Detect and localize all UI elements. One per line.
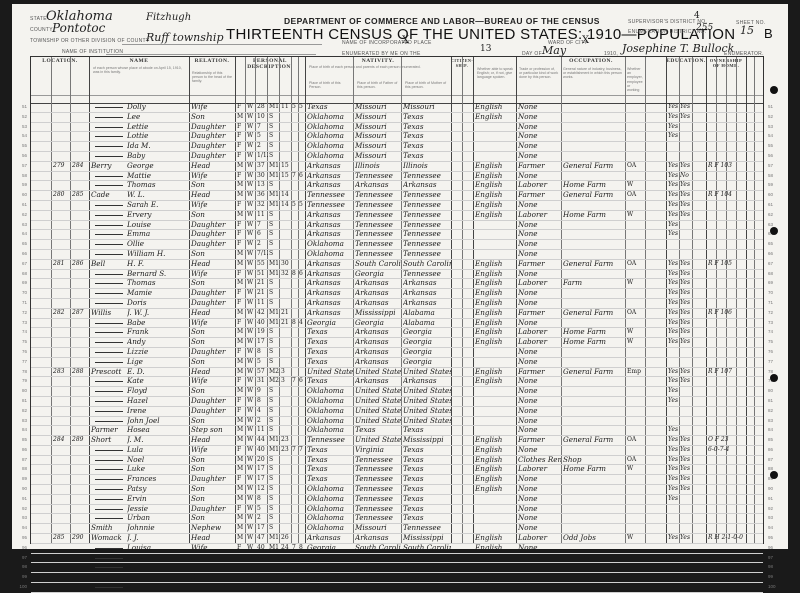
cell-yrs: 24 xyxy=(281,543,291,549)
cell-given: Frank xyxy=(127,327,187,336)
cell-mpob: Texas xyxy=(403,464,451,473)
cell-age: 57 xyxy=(257,367,268,376)
cell-edu: Yes Yes xyxy=(668,327,706,336)
cell-sex: M xyxy=(237,416,245,425)
cell-race: W xyxy=(247,484,255,493)
line-number: 93 xyxy=(13,515,27,520)
cell-edu: Yes Yes xyxy=(668,288,706,297)
cell-mpob: Tennessee xyxy=(403,210,451,219)
cell-edu: Yes Yes xyxy=(668,445,706,454)
cell-pob: Texas xyxy=(307,445,353,454)
surname-ditto-dash xyxy=(95,283,123,284)
cell-ms: S xyxy=(269,229,280,238)
cell-ms: S xyxy=(269,357,280,366)
cell-occ: None xyxy=(518,200,561,209)
cell-pob: Texas xyxy=(307,347,353,356)
cell-sex: M xyxy=(237,484,245,493)
line-number-right: 62 xyxy=(768,212,782,217)
cell-given: J. W. J. xyxy=(127,308,187,317)
cell-ind: Home Farm xyxy=(563,180,625,189)
cell-cls: W xyxy=(627,278,645,287)
cell-fpob: United States xyxy=(355,367,401,376)
cell-sex: M xyxy=(237,435,245,444)
surname-ditto-dash xyxy=(95,185,123,186)
incorporated-place-value: X xyxy=(402,35,409,46)
cell-edu: Yes xyxy=(668,122,706,131)
cell-rel: Son xyxy=(191,337,235,346)
cell-race: W xyxy=(247,278,255,287)
cell-fpob: Arkansas xyxy=(355,327,401,336)
cell-ms: S xyxy=(269,220,280,229)
surname-ditto-dash xyxy=(95,117,123,118)
cell-rel: Son xyxy=(191,180,235,189)
cell-lang: English xyxy=(475,474,516,483)
surname-ditto-dash xyxy=(95,479,123,480)
line-number-right: 91 xyxy=(768,496,782,501)
cell-ms: M1 xyxy=(269,259,280,268)
cell-own: R F 103 xyxy=(708,161,760,170)
cell-mpob: Texas xyxy=(403,474,451,483)
line-number: 89 xyxy=(13,476,27,481)
enumerator-name: Josephine T. Bullock xyxy=(622,42,734,55)
cell-chl: 6 xyxy=(299,171,305,180)
line-number: 64 xyxy=(13,231,27,236)
occupation-industry-description: General nature of industry, business, or… xyxy=(563,67,623,89)
cell-occ: None xyxy=(518,298,561,307)
line-number: 69 xyxy=(13,280,27,285)
cell-cls: OA xyxy=(627,259,645,268)
cell-sex: M xyxy=(237,259,245,268)
cell-cls: W xyxy=(627,533,645,542)
cell-occ: Laborer xyxy=(518,180,561,189)
line-number-right: 66 xyxy=(768,251,782,256)
cell-surname: Smith xyxy=(91,523,125,532)
cell-rel: Daughter xyxy=(191,396,235,405)
cell-rel: Daughter xyxy=(191,504,235,513)
cell-fam: 285 xyxy=(72,190,88,199)
cell-edu: Yes Yes xyxy=(668,464,706,473)
cell-ms: S xyxy=(269,298,280,307)
cell-mpob: South Carolina xyxy=(403,259,451,268)
cell-yrs: 30 xyxy=(281,259,291,268)
cell-fpob: Arkansas xyxy=(355,347,401,356)
cell-occ: None xyxy=(518,229,561,238)
cell-age: 11 xyxy=(257,210,268,219)
cell-given: Mamie xyxy=(127,288,187,297)
cell-edu: Yes xyxy=(668,131,706,140)
state-label: STATE xyxy=(30,16,47,22)
cell-mpob: Texas xyxy=(403,484,451,493)
cell-race: W xyxy=(247,386,255,395)
cell-ms: M1 xyxy=(269,533,280,542)
cell-sex: M xyxy=(237,357,245,366)
cell-yrs: 23 xyxy=(281,445,291,454)
township-value: Ruff township xyxy=(146,31,224,44)
cell-pob: Oklahoma xyxy=(307,406,353,415)
cell-ms: M1 xyxy=(269,161,280,170)
cell-dw: 283 xyxy=(53,367,69,376)
cell-occ: None xyxy=(518,425,561,434)
cell-rel: Daughter xyxy=(191,141,235,150)
cell-race: W xyxy=(247,445,255,454)
cell-given: Andy xyxy=(127,337,187,346)
cell-lang: English xyxy=(475,298,516,307)
cell-rel: Son xyxy=(191,249,235,258)
cell-fpob: Tennessee xyxy=(355,190,401,199)
incorporated-place-label: NAME OF INCORPORATED PLACE xyxy=(342,40,432,46)
cell-ind: Home Farm xyxy=(563,210,625,219)
cell-sex: F xyxy=(237,200,245,209)
cell-given: Ida M. xyxy=(127,141,187,150)
cell-fpob: Missouri xyxy=(355,523,401,532)
cell-mpob: Alabama xyxy=(403,308,451,317)
cell-occ: Farmer xyxy=(518,190,561,199)
relation-description: Relationship of this person to the head … xyxy=(192,71,232,89)
line-number: 60 xyxy=(13,192,27,197)
cell-given: Thomas xyxy=(127,180,187,189)
line-number: 57 xyxy=(13,163,27,168)
cell-fpob: Missouri xyxy=(355,131,401,140)
cell-sex: M xyxy=(237,337,245,346)
cell-race: W xyxy=(247,406,255,415)
cell-ind: Farm xyxy=(563,278,625,287)
line-number-right: 52 xyxy=(768,114,782,119)
surname-ditto-dash xyxy=(95,342,123,343)
cell-pob: Oklahoma xyxy=(307,112,353,121)
cell-mpob: Alabama xyxy=(403,318,451,327)
cell-ms: S xyxy=(269,347,280,356)
line-number-right: 57 xyxy=(768,163,782,168)
cell-yrs: 3 xyxy=(281,367,291,376)
cell-race: W xyxy=(247,171,255,180)
line-number: 90 xyxy=(13,486,27,491)
cell-given: Lettie xyxy=(127,122,187,131)
line-number: 77 xyxy=(13,359,27,364)
cell-ms: S xyxy=(269,455,280,464)
cell-pob: Oklahoma xyxy=(307,239,353,248)
cell-race: W xyxy=(247,220,255,229)
surname-ditto-dash xyxy=(95,421,123,422)
cell-surname: Bell xyxy=(91,259,125,268)
cell-occ: None xyxy=(518,386,561,395)
cell-yrs: 3 xyxy=(281,376,291,385)
cell-race: W xyxy=(247,161,255,170)
line-number-right: 72 xyxy=(768,310,782,315)
cell-occ: Farmer xyxy=(518,308,561,317)
cell-sex: F xyxy=(237,474,245,483)
cell-ms: S xyxy=(269,504,280,513)
cell-fam: 288 xyxy=(72,367,88,376)
cell-edu: Yes xyxy=(668,229,706,238)
cell-fpob: Arkansas xyxy=(355,278,401,287)
surname-ditto-dash xyxy=(95,176,123,177)
cell-lang: English xyxy=(475,543,516,549)
cell-age: 36 xyxy=(257,190,268,199)
cell-mpob: Illinois xyxy=(403,161,451,170)
cell-given: Louisa xyxy=(127,543,187,549)
surname-ditto-dash xyxy=(95,254,123,255)
cell-edu: Yes Yes xyxy=(668,259,706,268)
cell-given: Thomas xyxy=(127,278,187,287)
cell-rel: Son xyxy=(191,210,235,219)
cell-rel: Wife xyxy=(191,318,235,327)
cell-given: Baby xyxy=(127,151,187,160)
cell-fpob: Arkansas xyxy=(355,376,401,385)
line-number: 74 xyxy=(13,329,27,334)
cell-mpob: Arkansas xyxy=(403,376,451,385)
cell-lang: English xyxy=(475,533,516,542)
education-header: EDUCATION. xyxy=(666,58,706,64)
cell-ms: S xyxy=(269,180,280,189)
cell-lang: English xyxy=(475,455,516,464)
cell-lang: English xyxy=(475,308,516,317)
cell-edu: Yes Yes xyxy=(668,435,706,444)
cell-fpob: Arkansas xyxy=(355,288,401,297)
cell-mpob: Tennessee xyxy=(403,190,451,199)
cell-lang: English xyxy=(475,376,516,385)
cell-given: Ervery xyxy=(127,210,187,219)
surname-ditto-dash xyxy=(95,469,123,470)
cell-occ: Clothes Renovator xyxy=(518,455,561,464)
line-number-right: 82 xyxy=(768,408,782,413)
surname-ditto-dash xyxy=(95,205,123,206)
cell-age: 21 xyxy=(257,288,268,297)
binder-hole xyxy=(770,227,778,235)
cell-yrs: 21 xyxy=(281,318,291,327)
cell-ms: S xyxy=(269,122,280,131)
cell-pob: Arkansas xyxy=(307,229,353,238)
cell-occ: None xyxy=(518,102,561,111)
cell-given: Doris xyxy=(127,298,187,307)
cell-pob: Oklahoma xyxy=(307,249,353,258)
cell-dw: 285 xyxy=(53,533,69,542)
cell-occ: None xyxy=(518,239,561,248)
cell-sex: M xyxy=(237,513,245,522)
surname-ditto-dash xyxy=(95,460,123,461)
cell-age: 1/12 xyxy=(257,151,268,160)
cell-ch: 7 xyxy=(292,445,298,454)
cell-age: 11 xyxy=(257,298,268,307)
cell-sex: F xyxy=(237,288,245,297)
cell-mpob: Arkansas xyxy=(403,180,451,189)
cell-rel: Daughter xyxy=(191,288,235,297)
cell-edu: Yes Yes xyxy=(668,376,706,385)
name-header: NAME xyxy=(89,58,189,64)
cell-given: Lottie xyxy=(127,131,187,140)
cell-occ: Laborer xyxy=(518,210,561,219)
cell-occ: None xyxy=(518,474,561,483)
cell-lang: English xyxy=(475,318,516,327)
relation-header: RELATION. xyxy=(189,58,235,64)
occupation-class-description: Whether an employer, employee, or workin… xyxy=(627,67,643,93)
cell-race: W xyxy=(247,229,255,238)
cell-fpob: Missouri xyxy=(355,112,401,121)
surname-ditto-dash xyxy=(95,323,123,324)
cell-race: W xyxy=(247,141,255,150)
cell-fam: 286 xyxy=(72,259,88,268)
cell-given: William H. xyxy=(127,249,187,258)
cell-lang: English xyxy=(475,484,516,493)
line-number: 71 xyxy=(13,300,27,305)
line-number: 91 xyxy=(13,496,27,501)
line-number-right: 60 xyxy=(768,192,782,197)
line-number-right: 92 xyxy=(768,506,782,511)
cell-given: W. L. xyxy=(127,190,187,199)
cell-ind: General Farm xyxy=(563,259,625,268)
cell-own: R F 104 xyxy=(708,190,760,199)
cell-sex: M xyxy=(237,180,245,189)
cell-given: J. M. xyxy=(127,435,187,444)
cell-lang: English xyxy=(475,210,516,219)
cell-occ: None xyxy=(518,318,561,327)
cell-given: Kate xyxy=(127,376,187,385)
cell-mpob: Texas xyxy=(403,122,451,131)
line-number: 52 xyxy=(13,114,27,119)
line-number: 66 xyxy=(13,251,27,256)
line-number: 70 xyxy=(13,290,27,295)
line-number-right: 87 xyxy=(768,457,782,462)
cell-given: Lizzie xyxy=(127,347,187,356)
cell-race: W xyxy=(247,464,255,473)
cell-fpob: Tennessee xyxy=(355,200,401,209)
cell-fam: 290 xyxy=(72,533,88,542)
line-number: 75 xyxy=(13,339,27,344)
cell-sex: F xyxy=(237,347,245,356)
cell-mpob: United States xyxy=(403,367,451,376)
cell-edu: Yes Yes xyxy=(668,533,706,542)
cell-given: Lee xyxy=(127,112,187,121)
cell-fpob: Tennessee xyxy=(355,239,401,248)
cell-edu: Yes Yes xyxy=(668,367,706,376)
cell-given: Babe xyxy=(127,318,187,327)
cell-pob: Arkansas xyxy=(307,533,353,542)
cell-sex: F xyxy=(237,229,245,238)
cell-rel: Daughter xyxy=(191,406,235,415)
cell-ind: Shop xyxy=(563,455,625,464)
cell-edu: Yes Yes xyxy=(668,308,706,317)
cell-sex: M xyxy=(237,249,245,258)
sheet-header: STATE Oklahoma COUNTY Pontotoc Fitzhugh … xyxy=(12,4,788,60)
cell-sex: M xyxy=(237,523,245,532)
cell-lang: English xyxy=(475,269,516,278)
cell-lang: English xyxy=(475,180,516,189)
cell-yrs: 11 xyxy=(281,102,291,111)
cell-occ: None xyxy=(518,347,561,356)
name-description: of each person whose place of abode on A… xyxy=(93,66,185,92)
cell-sex: M xyxy=(237,533,245,542)
cell-ms: S xyxy=(269,464,280,473)
cell-chl: 6 xyxy=(299,376,305,385)
cell-occ: Laborer xyxy=(518,327,561,336)
cell-fpob: Arkansas xyxy=(355,357,401,366)
cell-occ: None xyxy=(518,220,561,229)
cell-fpob: Tennessee xyxy=(355,464,401,473)
cell-lang: English xyxy=(475,112,516,121)
cell-pob: Texas xyxy=(307,464,353,473)
cell-occ: None xyxy=(518,484,561,493)
cell-sex: M xyxy=(237,425,245,434)
cell-dw: 279 xyxy=(53,161,69,170)
cell-fpob: Tennessee xyxy=(355,494,401,503)
census-row: 9696LouisaWifeFW40M12478GeorgiaSouth Car… xyxy=(31,544,763,549)
cell-fam: 287 xyxy=(72,308,88,317)
cell-mpob: Arkansas xyxy=(403,298,451,307)
cell-pob: Arkansas xyxy=(307,161,353,170)
cell-pob: Oklahoma xyxy=(307,416,353,425)
line-number-right: 56 xyxy=(768,153,782,158)
cell-occ: Laborer xyxy=(518,464,561,473)
cell-race: W xyxy=(247,200,255,209)
cell-lang: English xyxy=(475,200,516,209)
cell-rel: Daughter xyxy=(191,239,235,248)
cell-age: 20 xyxy=(257,455,268,464)
surname-ditto-dash xyxy=(95,411,123,412)
cell-fpob: Illinois xyxy=(355,161,401,170)
cell-ms: S xyxy=(269,239,280,248)
binder-hole xyxy=(770,471,778,479)
line-number-right: 76 xyxy=(768,349,782,354)
cell-sex: F xyxy=(237,445,245,454)
cell-own: 6-0-7-4 xyxy=(708,445,760,454)
cell-occ: None xyxy=(518,406,561,415)
cell-given: Noel xyxy=(127,455,187,464)
line-number-right: 96 xyxy=(768,545,782,549)
surname-ditto-dash xyxy=(95,234,123,235)
cell-race: W xyxy=(247,131,255,140)
cell-rel: Son xyxy=(191,386,235,395)
cell-yrs: 32 xyxy=(281,269,291,278)
cell-cls: W xyxy=(627,337,645,346)
surname-ditto-dash xyxy=(95,489,123,490)
cell-rel: Daughter xyxy=(191,474,235,483)
cell-pob: Texas xyxy=(307,327,353,336)
surname-ditto-dash xyxy=(95,225,123,226)
cell-sex: M xyxy=(237,327,245,336)
cell-pob: Oklahoma xyxy=(307,504,353,513)
cell-age: 8 xyxy=(257,494,268,503)
cell-race: W xyxy=(247,416,255,425)
cell-pob: Oklahoma xyxy=(307,425,353,434)
cell-ms: S xyxy=(269,386,280,395)
cell-occ: Laborer xyxy=(518,533,561,542)
cell-yrs: 15 xyxy=(281,161,291,170)
surname-ditto-dash xyxy=(95,332,123,333)
cell-pob: Texas xyxy=(307,337,353,346)
cell-yrs: 14 xyxy=(281,190,291,199)
cell-ind: General Farm xyxy=(563,367,625,376)
cell-pob: Georgia xyxy=(307,318,353,327)
cell-pob: Tennessee xyxy=(307,190,353,199)
cell-edu: Yes Yes xyxy=(668,278,706,287)
cell-sex: M xyxy=(237,161,245,170)
cell-chl: 8 xyxy=(299,543,305,549)
cell-ms: S xyxy=(269,288,280,297)
enumeration-district-no: 255 xyxy=(696,23,713,33)
cell-pob: Arkansas xyxy=(307,298,353,307)
cell-yrs: 15 xyxy=(281,171,291,180)
cell-pob: Texas xyxy=(307,102,353,111)
line-number: 78 xyxy=(13,369,27,374)
cell-mpob: Texas xyxy=(403,504,451,513)
line-number-right: 63 xyxy=(768,222,782,227)
cell-mpob: Tennessee xyxy=(403,523,451,532)
cell-surname: Prescott xyxy=(91,367,125,376)
surname-ditto-dash xyxy=(95,450,123,451)
cell-dw: 280 xyxy=(53,190,69,199)
cell-ms: M1 xyxy=(269,269,280,278)
cell-pob: Tennessee xyxy=(307,200,353,209)
cell-lang: English xyxy=(475,367,516,376)
